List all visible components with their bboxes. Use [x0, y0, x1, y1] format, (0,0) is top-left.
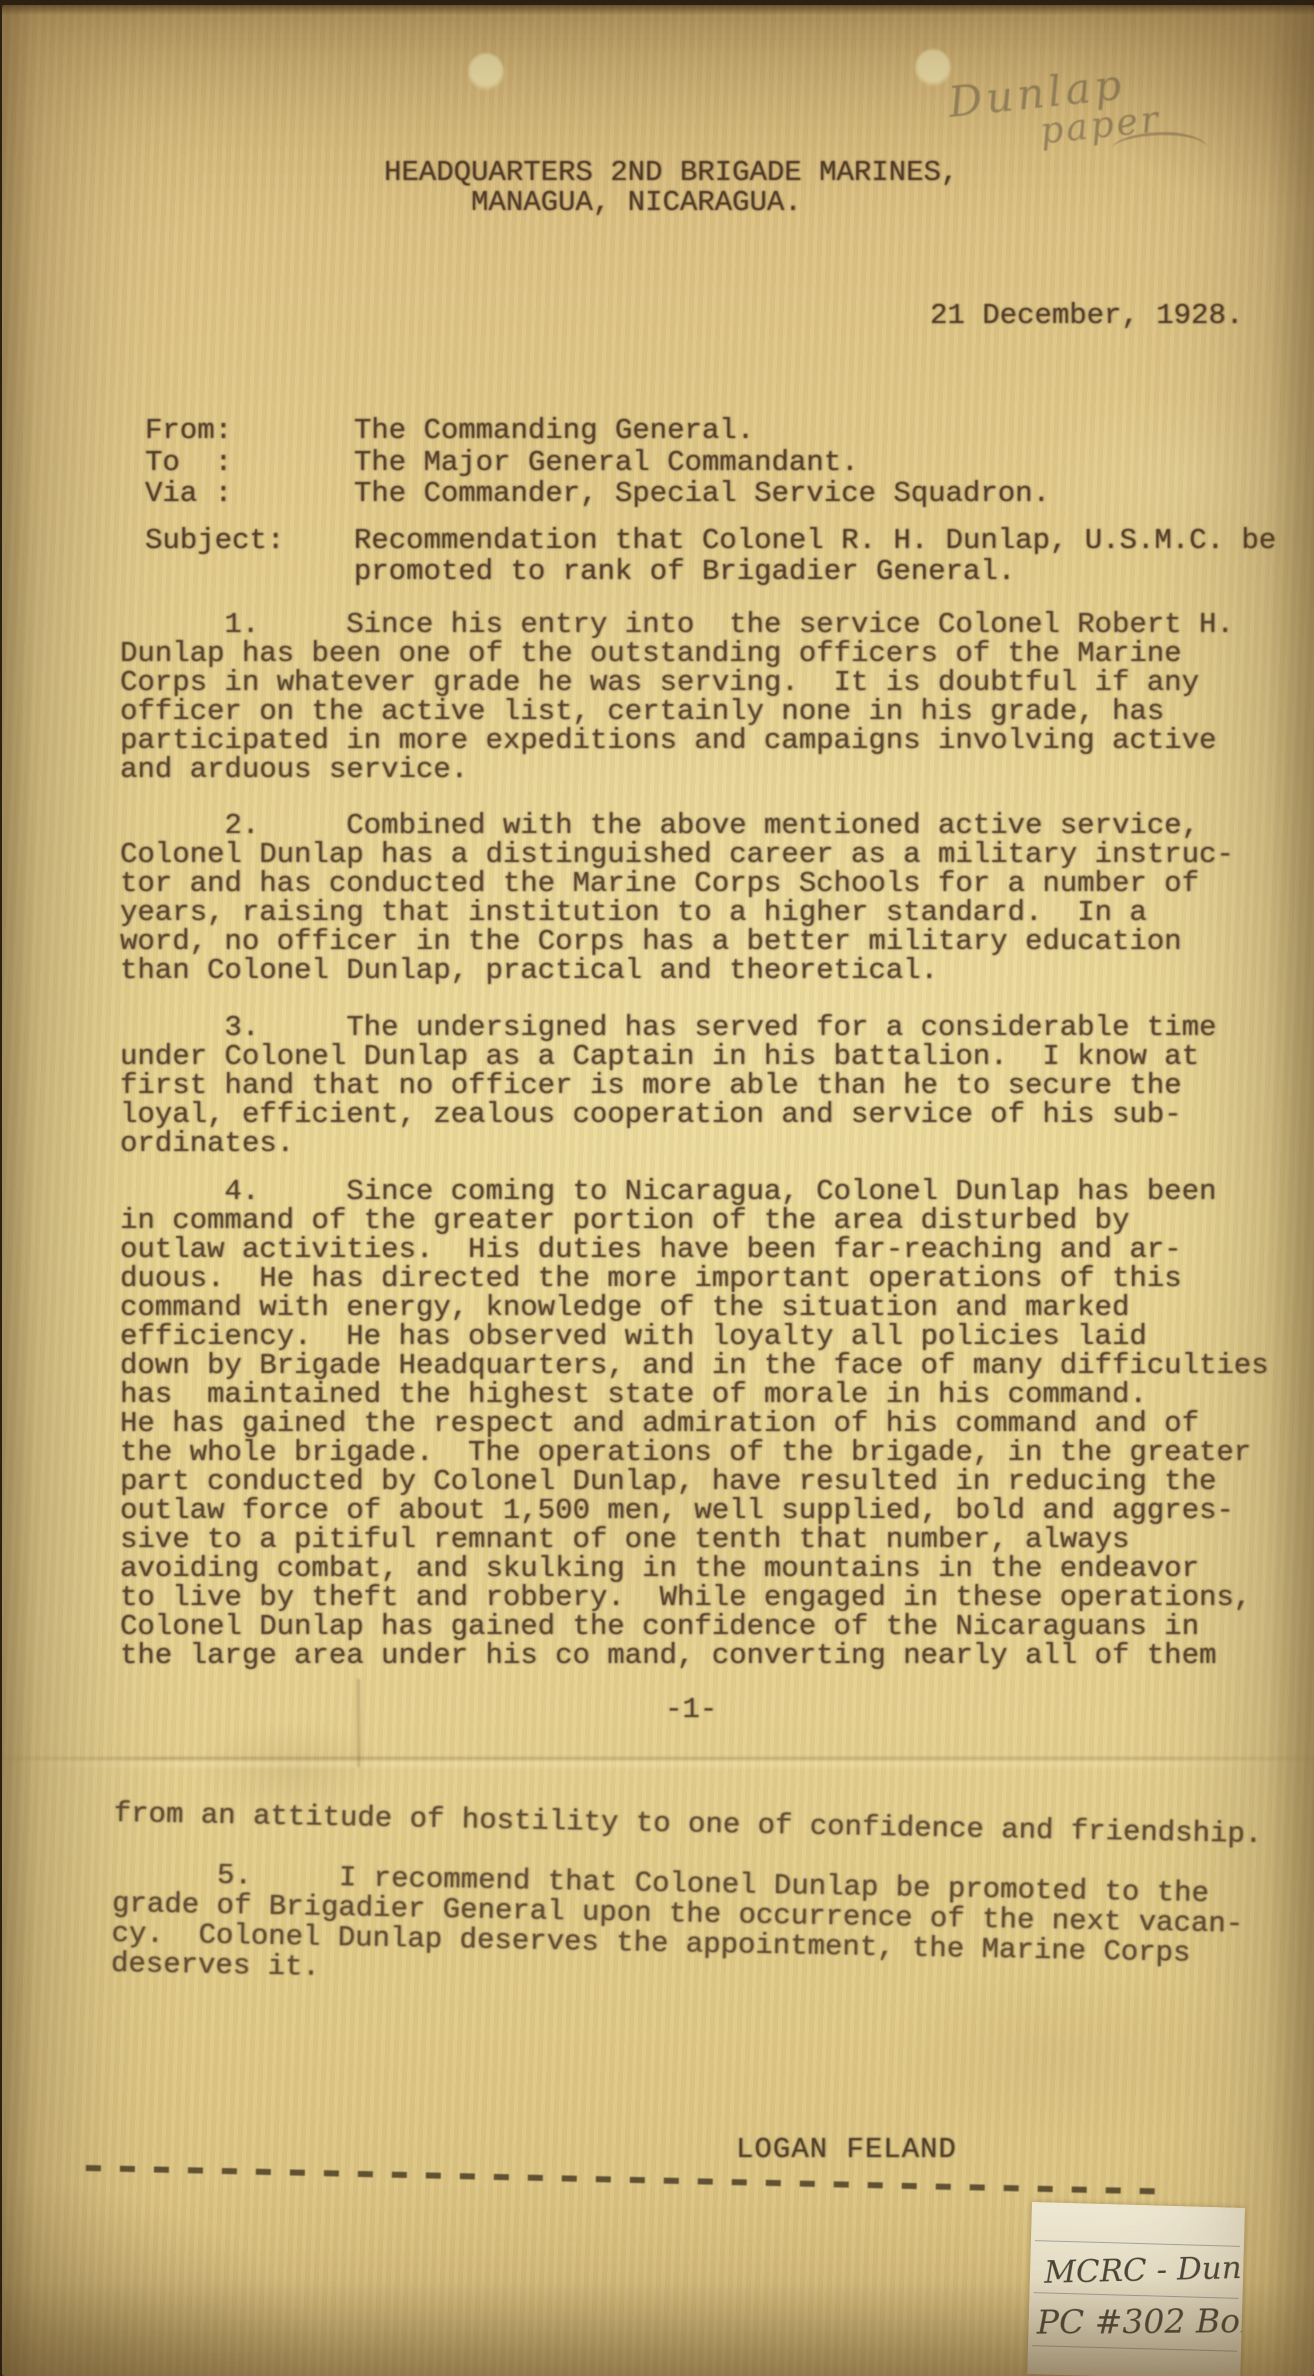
label-ruled-line	[1033, 2292, 1238, 2299]
label-ruled-line	[1032, 2345, 1237, 2352]
archive-label-line1: MCRC - Dunlap	[1044, 2249, 1245, 2291]
vertical-crease	[357, 1679, 360, 1767]
date-line: 21 December, 1928.	[930, 301, 1243, 330]
page-2-text: from an attitude of hostility to one of …	[111, 1799, 1263, 2000]
document-photo: Dunlap paper HEADQUARTERS 2ND BRIGADE MA…	[0, 0, 1314, 2376]
horizontal-crease	[2, 1757, 1314, 1760]
archive-label-line2: PC #302 Box 1	[1037, 2301, 1245, 2342]
paragraph-3: 3. The undersigned has served for a cons…	[120, 1013, 1216, 1158]
subject-block: Subject: Recommendation that Colonel R. …	[145, 525, 1276, 587]
paragraph-4: 4. Since coming to Nicaragua, Colonel Du…	[120, 1177, 1269, 1670]
letterhead: HEADQUARTERS 2ND BRIGADE MARINES, MANAGU…	[384, 158, 958, 218]
paragraph-2: 2. Combined with the above mentioned act…	[120, 811, 1234, 985]
address-block: From: The Commanding General. To : The M…	[145, 415, 1050, 510]
page-number: -1-	[665, 1695, 717, 1724]
signature-name: LOGAN FELAND	[736, 2135, 957, 2164]
document-page: Dunlap paper HEADQUARTERS 2ND BRIGADE MA…	[2, 5, 1314, 2376]
label-ruled-line	[1035, 2240, 1240, 2247]
paper-top-edge-shadow	[2, 5, 1314, 15]
horizontal-crease-highlight	[2, 1761, 1314, 1767]
punch-hole-left	[468, 53, 504, 91]
archive-label: MCRC - Dunlap PC #302 Box 1	[1027, 2202, 1245, 2376]
paragraph-1: 1. Since his entry into the service Colo…	[120, 610, 1234, 784]
